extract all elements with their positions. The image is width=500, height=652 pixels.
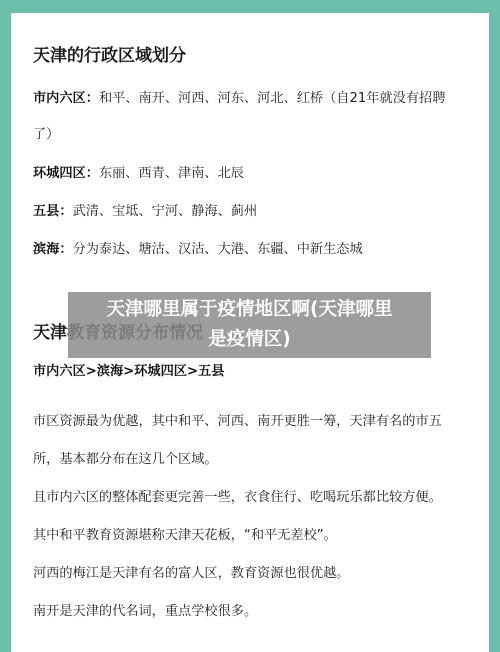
row-label: 环城四区： bbox=[33, 166, 99, 181]
paragraph: 河西的梅江是天津有名的富人区，教育资源也很优越。 bbox=[33, 562, 350, 581]
row-text: 分为泰达、塘沽、汉沽、大港、东疆、中新生态城 bbox=[73, 242, 363, 257]
district-row-inner-six-cont: 了） bbox=[33, 123, 59, 142]
overlay-line-2: 是疫情区) bbox=[68, 325, 431, 355]
district-row-ring-four: 环城四区：东丽、西青、津南、北辰 bbox=[33, 162, 244, 181]
row-label: 五县： bbox=[33, 204, 73, 219]
row-text: 东丽、西青、津南、北辰 bbox=[99, 166, 244, 181]
district-row-five-counties: 五县：武清、宝坻、宁河、静海、蓟州 bbox=[33, 200, 257, 219]
paragraph: 市区资源最为优越，其中和平、河西、南开更胜一筹，天津有名的市五 bbox=[33, 410, 442, 429]
paragraph: 其中和平教育资源堪称天津天花板，“和平无差校”。 bbox=[33, 524, 337, 543]
row-text: 和平、南开、河西、河东、河北、红桥（自21年就没有招聘 bbox=[99, 91, 445, 106]
paragraph: 南开是天津的代名词，重点学校很多。 bbox=[33, 600, 257, 619]
section-title-districts: 天津的行政区域划分 bbox=[33, 41, 186, 66]
district-row-inner-six: 市内六区：和平、南开、河西、河东、河北、红桥（自21年就没有招聘 bbox=[33, 87, 445, 106]
row-label: 滨海： bbox=[33, 242, 73, 257]
paragraph: 且市内六区的整体配套更完善一些，衣食住行、吃喝玩乐都比较方便。 bbox=[33, 486, 442, 505]
row-label: 市内六区： bbox=[33, 91, 99, 106]
title-overlay-banner: 天津哪里属于疫情地区啊(天津哪里 是疫情区) bbox=[68, 292, 431, 358]
row-text: 武清、宝坻、宁河、静海、蓟州 bbox=[73, 204, 258, 219]
paragraph: 所，基本都分布在这几个区域。 bbox=[33, 448, 218, 467]
overlay-line-1: 天津哪里属于疫情地区啊(天津哪里 bbox=[68, 295, 431, 325]
education-ranking: 市内六区>滨海>环城四区>五县 bbox=[33, 360, 224, 379]
district-row-binhai: 滨海：分为泰达、塘沽、汉沽、大港、东疆、中新生态城 bbox=[33, 238, 363, 257]
